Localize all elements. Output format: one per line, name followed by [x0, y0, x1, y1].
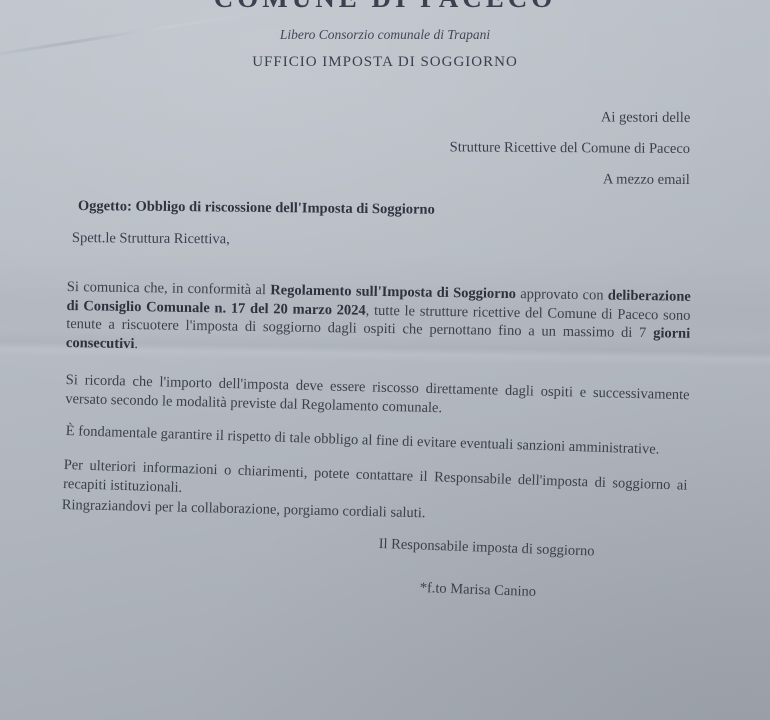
text-segment: approvato con [516, 286, 608, 303]
text-segment: . [134, 335, 138, 351]
recipient-line: Ai gestori delle [449, 101, 690, 134]
office-title: UFFICIO IMPOSTA DI SOGGIORNO [0, 54, 770, 71]
signature-role: Il Responsabile imposta di soggiorno [378, 536, 594, 561]
recipient-block: Ai gestori delle Strutture Ricettive del… [449, 101, 690, 196]
masthead-subtitle: Libero Consorzio comunale di Trapani [0, 27, 770, 43]
text-segment-bold: Regolamento sull'Imposta di Soggiorno [270, 282, 516, 302]
text-segment: Si comunica che, in conformità al [67, 278, 271, 297]
photographed-letter-page: COMUNE DI PACECO Libero Consorzio comuna… [0, 0, 770, 720]
subject-line: Oggetto: Obbligo di riscossione dell'Imp… [78, 198, 435, 219]
signature-name: *f.to Marisa Canino [419, 580, 536, 601]
paragraph-regulation-notice: Si comunica che, in conformità al Regola… [66, 278, 691, 362]
salutation-line: Spett.le Struttura Ricettiva, [72, 230, 230, 248]
municipality-name: COMUNE DI PACECO [0, 0, 770, 13]
paragraph-sanctions-warning: È fondamentale garantire il rispetto di … [65, 422, 659, 459]
recipient-line: Strutture Ricettive del Comune di Paceco [449, 132, 690, 165]
paragraph-collection-reminder: Si ricorda che l'importo dell'imposta de… [65, 371, 690, 423]
recipient-line: A mezzo email [449, 163, 690, 196]
masthead-title-cropped: COMUNE DI PACECO [0, 0, 770, 15]
